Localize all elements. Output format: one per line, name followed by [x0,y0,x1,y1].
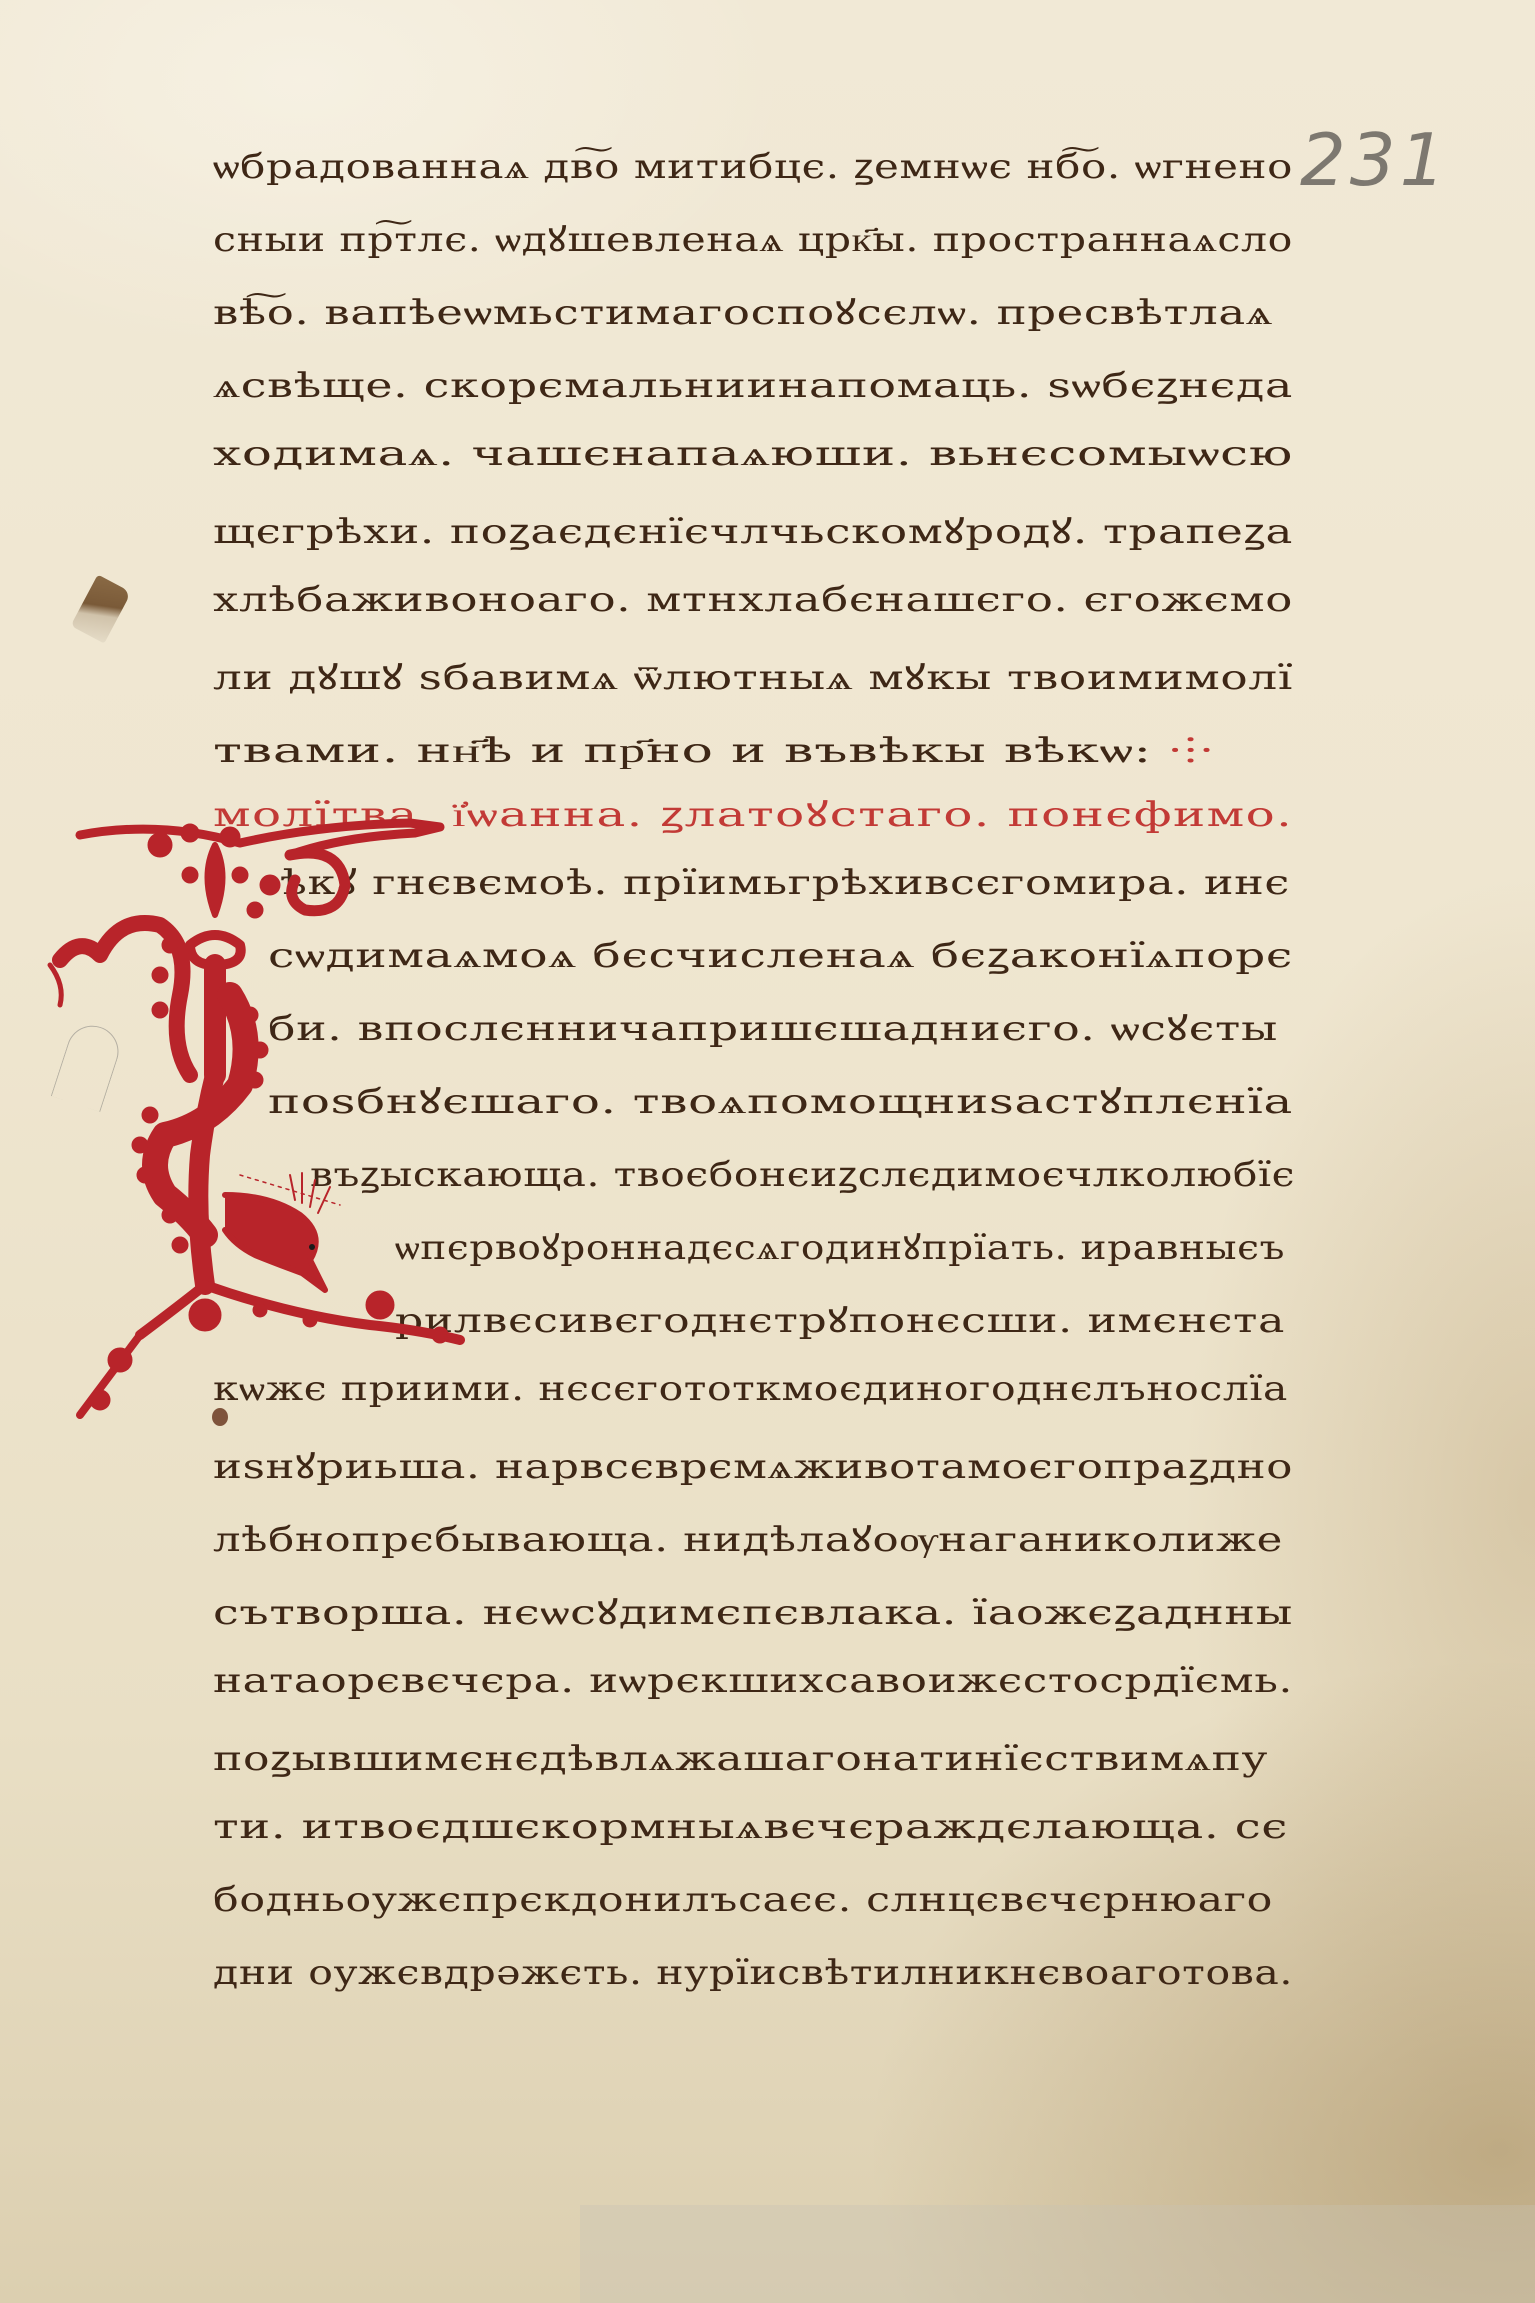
manuscript-line: ѧсвѣще. скорємальниинапомаць. ѕѡбєꙁнєда [213,361,1293,407]
manuscript-line: сътворша. нєѡсꙋдимєпєвлака. їаожєꙁаднны [213,1588,1293,1634]
folio-number: 231 [1300,118,1449,202]
manuscript-line: рилвєсивєгоднєтрꙋпонєсши. имєнєта [395,1296,1285,1342]
scan-edge-strip [580,2205,1535,2303]
manuscript-line: поꙁывшимєнєдѣвлѧжашагонатинїєствимѧпу [213,1734,1268,1780]
dragon-initial-icon [40,815,480,1435]
manuscript-line: бодньоужєпрєкдонилъсаєє. слнцєвєчєрнюаго [213,1880,1273,1920]
manuscript-line: дни оужєвдрәжєть. нурїисвѣтилникнєвоагот… [213,1953,1293,1993]
manuscript-line: твами. нн҃ѣ и пр҃но и въвѣкы вѣкѡ: ⸭ [213,726,1213,772]
manuscript-line: ти. итвоєдшєкормныѧвєчєраждєлающа. сє [213,1807,1288,1847]
section-end-mark: ⸭ [1152,731,1213,771]
margin-stain [71,574,132,643]
manuscript-page: 231 ѡбрадованнаѧ дв͠о митибцє. ꙁемнѡє нб… [0,0,1535,2303]
manuscript-line: ли дꙋшꙋ ѕбавимѧ ѿлютныѧ мꙋкы твоимимолї [213,653,1293,699]
manuscript-line: натаорєвєчєра. иѡрєкшихсавоижєстосрдїємь… [213,1661,1293,1701]
manuscript-line: вѣ͠о. вапѣеѡмьстимагоспоꙋсєлѡ. пресвѣтла… [213,288,1273,334]
manuscript-line: иѕнꙋриьша. нарвсєврємѧживотамоєгопраꙁдно [213,1442,1293,1488]
manuscript-line: лѣбнопрєбывающа. нидѣлаꙋоѹнаганиколиже [213,1515,1283,1561]
manuscript-line: ѡпєрвоꙋроннадєсѧгодинꙋпрїать. иравныєъ [395,1223,1285,1269]
manuscript-line: хлѣбаживоноаго. мтнхлабєнашєго. єгожємо [213,580,1293,620]
manuscript-line: сныи пр͠тлє. ѡдꙋшевленаѧ црк҃ы. простран… [213,215,1293,261]
manuscript-line: ѡбрадованнаѧ дв͠о митибцє. ꙁемнѡє нб͠о. … [213,142,1293,188]
manuscript-line: ходимаѧ. чашєнапаѧюши. вьнєсомыѡсю [213,434,1293,474]
manuscript-line: щєгрѣхи. поꙁаєдєнїєчлчьскомꙋродꙋ. трапеꙁ… [213,507,1293,553]
